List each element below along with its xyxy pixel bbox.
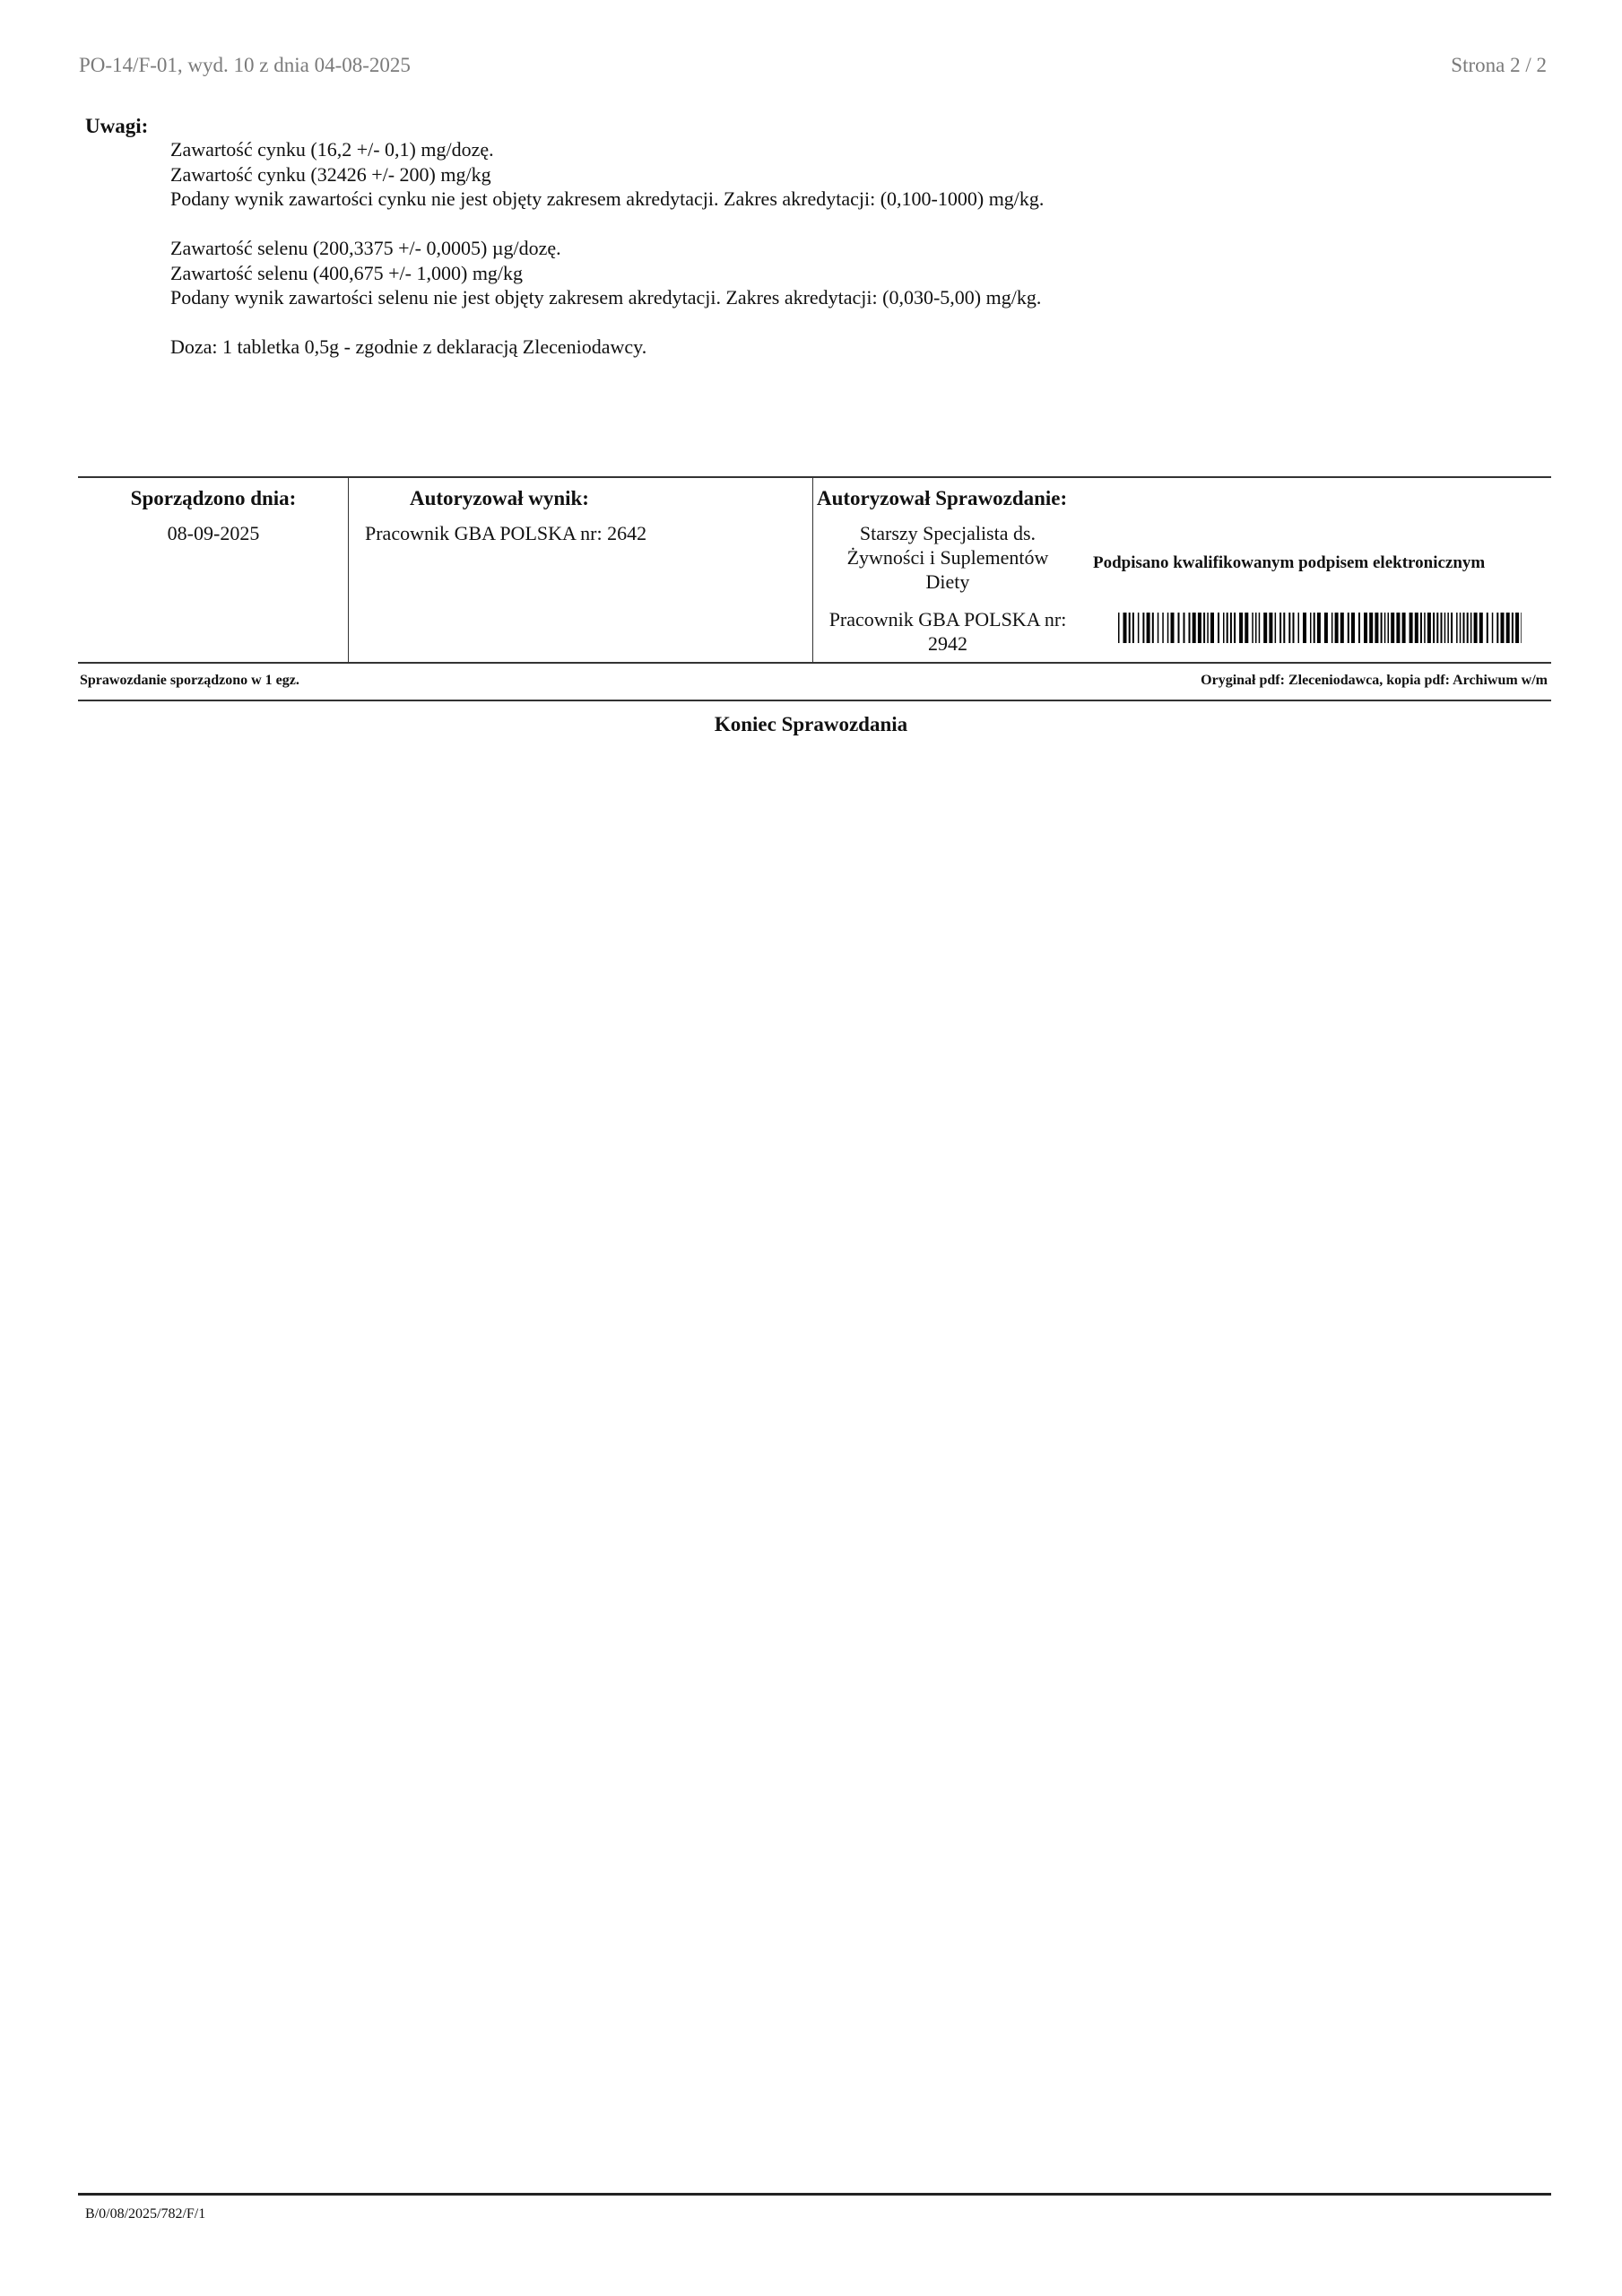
barcode-icon — [1118, 613, 1522, 643]
prepared-date-heading: Sporządzono dnia: — [78, 487, 349, 510]
report-authorized-cell: Autoryzował Sprawozdanie: Starszy Specja… — [813, 478, 1551, 662]
page-indicator: Strona 2 / 2 — [1451, 54, 1547, 77]
report-authorizer-role: Starszy Specjalista ds. Żywności i Suple… — [813, 521, 1082, 594]
prepared-date-value: 08-09-2025 — [78, 521, 349, 545]
result-authorized-heading: Autoryzował wynik: — [410, 487, 589, 510]
prepared-date-cell: Sporządzono dnia: 08-09-2025 — [78, 478, 349, 662]
note-line: Zawartość selenu (400,675 +/- 1,000) mg/… — [170, 261, 1044, 286]
note-line: Zawartość cynku (16,2 +/- 0,1) mg/dozę. — [170, 137, 1044, 162]
result-authorized-cell: Autoryzował wynik: Pracownik GBA POLSKA … — [349, 478, 813, 662]
note-line: Podany wynik zawartości cynku nie jest o… — [170, 187, 1044, 212]
notes-label: Uwagi: — [85, 115, 148, 138]
footer-divider — [78, 2193, 1551, 2196]
role-line: Diety — [813, 570, 1082, 594]
end-of-report-title: Koniec Sprawozdania — [0, 713, 1622, 736]
notes-body: Zawartość cynku (16,2 +/- 0,1) mg/dozę.Z… — [170, 137, 1044, 360]
distribution-note: Oryginał pdf: Zleceniodawca, kopia pdf: … — [1201, 673, 1548, 689]
signature-table: Sporządzono dnia: 08-09-2025 Autoryzował… — [78, 476, 1551, 664]
document-code: B/0/08/2025/782/F/1 — [85, 2206, 205, 2222]
copies-count-note: Sprawozdanie sporządzono w 1 egz. — [80, 673, 299, 689]
report-authorized-heading: Autoryzował Sprawozdanie: — [817, 487, 1067, 510]
electronic-signature-note: Podpisano kwalifikowanym podpisem elektr… — [1093, 553, 1485, 573]
role-line: Starszy Specjalista ds. — [813, 521, 1082, 545]
note-spacer — [170, 212, 1044, 237]
note-line: Doza: 1 tabletka 0,5g - zgodnie z deklar… — [170, 335, 1044, 360]
note-line: Zawartość selenu (200,3375 +/- 0,0005) µ… — [170, 236, 1044, 261]
employee-line: Pracownik GBA POLSKA nr: — [813, 607, 1082, 631]
note-line: Podany wynik zawartości selenu nie jest … — [170, 285, 1044, 310]
note-line: Zawartość cynku (32426 +/- 200) mg/kg — [170, 162, 1044, 187]
note-spacer — [170, 310, 1044, 335]
copies-row: Sprawozdanie sporządzono w 1 egz. Orygin… — [78, 664, 1551, 701]
role-line: Żywności i Suplementów — [813, 545, 1082, 570]
result-authorized-value: Pracownik GBA POLSKA nr: 2642 — [365, 521, 646, 545]
form-identifier: PO-14/F-01, wyd. 10 z dnia 04-08-2025 — [79, 54, 411, 77]
employee-line: 2942 — [813, 631, 1082, 656]
report-authorizer-employee: Pracownik GBA POLSKA nr: 2942 — [813, 607, 1082, 656]
